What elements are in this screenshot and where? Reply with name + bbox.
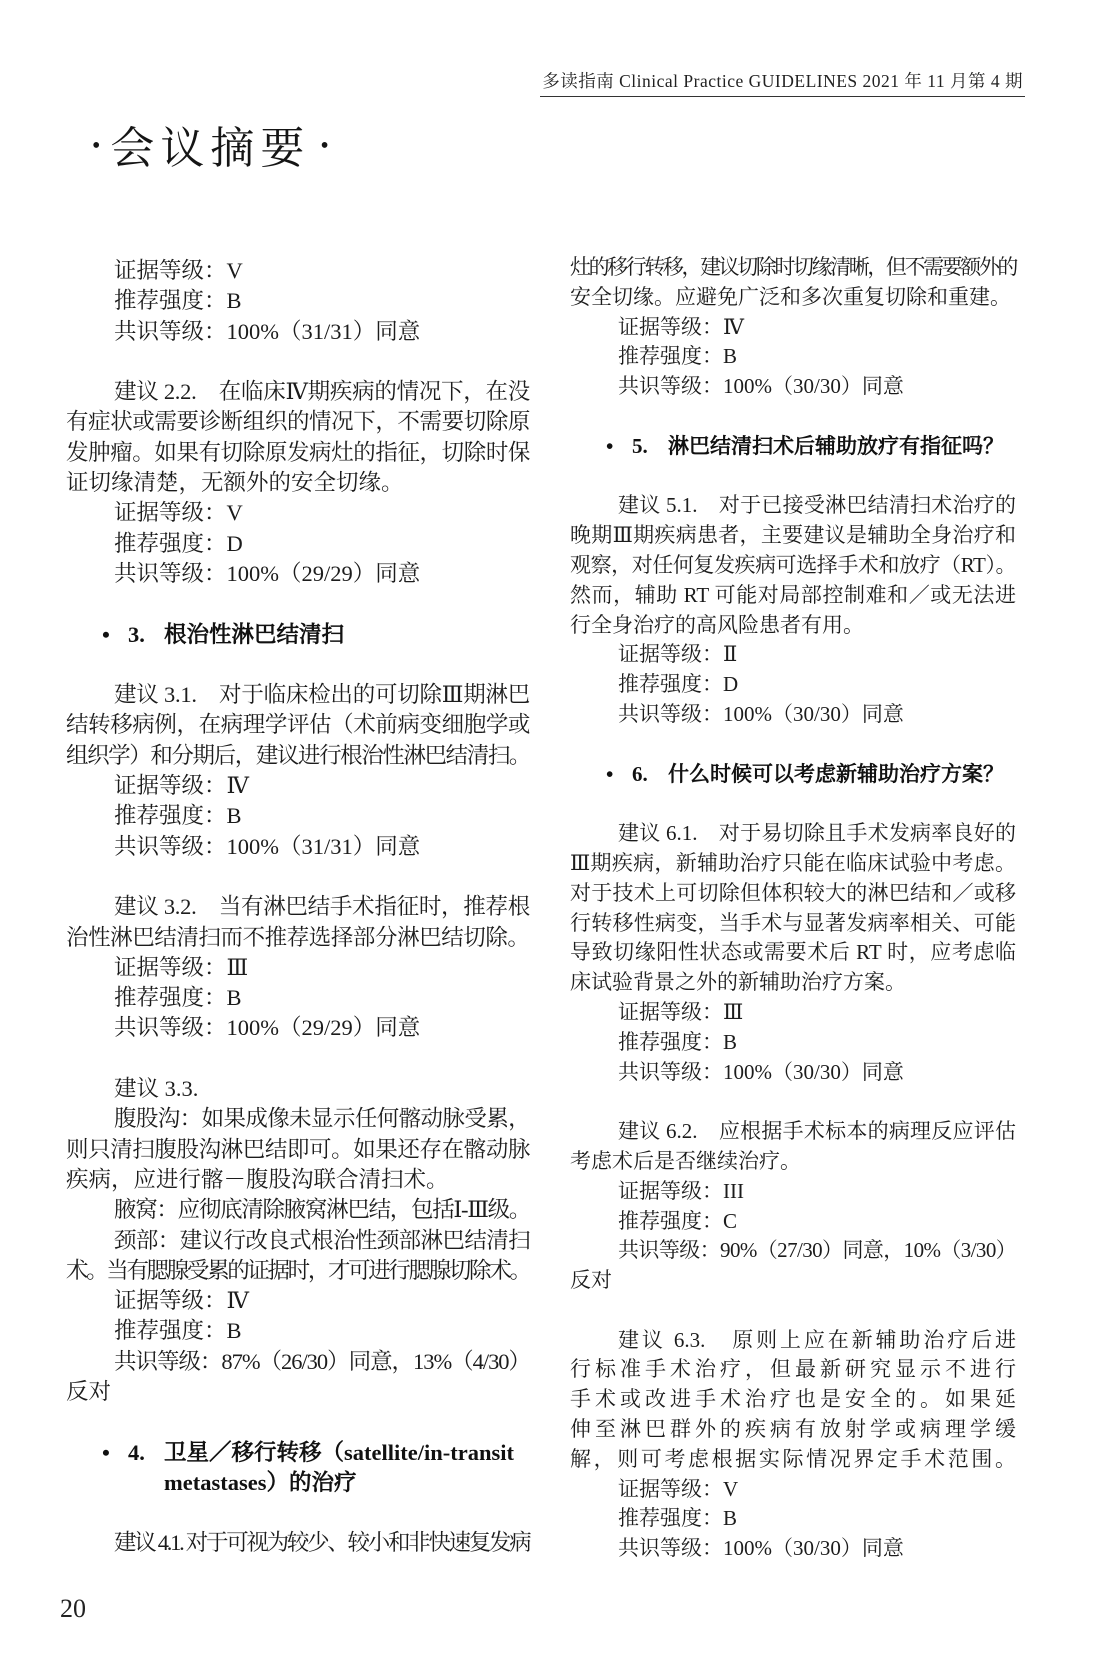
text-line: 晚期Ⅲ期疾病患者，主要建议是辅助全身治疗和: [570, 521, 1016, 551]
heading-bullet-icon: •: [606, 760, 632, 790]
section-heading: •4.卫星／移行转移（satellite/in-transit: [66, 1438, 530, 1468]
line-spacer: [570, 1087, 1016, 1117]
heading-bullet-icon: •: [102, 620, 128, 650]
heading-text: 根治性淋巴结清扫: [164, 622, 344, 647]
line-spacer: [66, 862, 530, 892]
text-line: 共识等级：100%（29/29）同意: [66, 1013, 530, 1043]
text-line: 解，则可考虑根据实际情况界定手术范围。: [570, 1445, 1016, 1475]
journal-header-line: 多读指南 Clinical Practice GUIDELINES 2021 年…: [540, 70, 1025, 97]
text-line: 推荐强度：B: [570, 342, 1016, 372]
text-column-right: 灶的移行转移，建议切除时切缘清晰，但不需要额外的安全切缘。应避免广泛和多次重复切…: [570, 253, 1016, 1564]
text-line: 伸至淋巴群外的疾病有放射学或病理学缓: [570, 1415, 1016, 1445]
text-line: 推荐强度：B: [66, 1316, 530, 1346]
text-line: 灶的移行转移，建议切除时切缘清晰，但不需要额外的: [570, 253, 1016, 283]
text-line: 共识等级：100%（30/30）同意: [570, 1058, 1016, 1088]
text-line: 证据等级：Ⅲ: [570, 998, 1016, 1028]
text-line: 共识等级：100%（30/30）同意: [570, 1534, 1016, 1564]
text-line: 安全切缘。应避免广泛和多次重复切除和重建。: [570, 283, 1016, 313]
text-line: 证据等级：V: [66, 256, 530, 286]
line-spacer: [570, 462, 1016, 492]
text-line: 建议 6.2. 应根据手术标本的病理反应评估: [570, 1117, 1016, 1147]
title-left-bullet-icon: •: [92, 133, 100, 160]
text-line: 证据等级：Ⅱ: [570, 640, 1016, 670]
text-line: 床试验背景之外的新辅助治疗方案。: [570, 968, 1016, 998]
text-line: 推荐强度：B: [66, 801, 530, 831]
text-line: 证据等级：Ⅳ: [66, 771, 530, 801]
text-line: 腹股沟：如果成像未显示任何髂动脉受累，: [66, 1104, 530, 1134]
text-line: 反对: [570, 1266, 1016, 1296]
text-line: 证据等级：Ⅲ: [66, 953, 530, 983]
text-line: 治性淋巴结清扫而不推荐选择部分淋巴结切除。: [66, 923, 530, 953]
text-line: 共识等级：100%（30/30）同意: [570, 700, 1016, 730]
text-line: 反对: [66, 1377, 530, 1407]
line-spacer: [66, 347, 530, 377]
line-spacer: [570, 1296, 1016, 1326]
text-line: 行标准手术治疗，但最新研究显示不进行: [570, 1355, 1016, 1385]
text-line: 建议 6.3. 原则上应在新辅助治疗后进: [570, 1326, 1016, 1356]
text-line: Ⅲ期疾病，新辅助治疗只能在临床试验中考虑。: [570, 849, 1016, 879]
line-spacer: [66, 589, 530, 619]
text-line: 推荐强度：D: [570, 670, 1016, 700]
journal-page: 多读指南 Clinical Practice GUIDELINES 2021 年…: [0, 0, 1103, 1654]
text-line: 共识等级：100%（29/29）同意: [66, 559, 530, 589]
text-line: 发肿瘤。如果有切除原发病灶的指征，切除时保: [66, 438, 530, 468]
page-title: • 会议摘要 •: [82, 112, 339, 176]
text-line: 建议 2.2. 在临床Ⅳ期疾病的情况下，在没: [66, 377, 530, 407]
text-line: 推荐强度：B: [66, 983, 530, 1013]
text-line: 推荐强度：D: [66, 529, 530, 559]
page-title-text: 会议摘要: [110, 112, 310, 176]
heading-text: 卫星／移行转移（satellite/in-transit: [164, 1440, 514, 1465]
text-line: 共识等级：100%（30/30）同意: [570, 372, 1016, 402]
text-line: 推荐强度：B: [570, 1504, 1016, 1534]
heading-bullet-icon: •: [606, 432, 632, 462]
line-spacer: [570, 402, 1016, 432]
text-line: 建议 3.3.: [66, 1074, 530, 1104]
text-column-left: 证据等级：V推荐强度：B共识等级：100%（31/31）同意建议 2.2. 在临…: [66, 256, 530, 1559]
text-line: 有症状或需要诊断组织的情况下，不需要切除原: [66, 407, 530, 437]
text-line: 证据等级：Ⅳ: [570, 313, 1016, 343]
text-line: 推荐强度：C: [570, 1207, 1016, 1237]
line-spacer: [66, 1407, 530, 1437]
heading-number: 6.: [632, 760, 668, 790]
text-line: 对于技术上可切除但体积较大的淋巴结和／或移: [570, 879, 1016, 909]
heading-text: 淋巴结清扫术后辅助放疗有指征吗？: [668, 434, 1004, 458]
text-line: 组织学）和分期后，建议进行根治性淋巴结清扫。: [66, 741, 530, 771]
section-heading: •6.什么时候可以考虑新辅助治疗方案？: [570, 760, 1016, 790]
text-line: 证据等级：V: [66, 498, 530, 528]
line-spacer: [66, 650, 530, 680]
text-line: 证切缘清楚，无额外的安全切缘。: [66, 468, 530, 498]
heading-number: 4.: [128, 1438, 164, 1468]
text-line: 证据等级：Ⅳ: [66, 1286, 530, 1316]
text-line: 观察，对任何复发疾病可选择手术和放疗（RT）。: [570, 551, 1016, 581]
section-heading-continuation: metastases）的治疗: [66, 1468, 530, 1498]
heading-bullet-icon: •: [102, 1438, 128, 1468]
text-line: 证据等级：III: [570, 1177, 1016, 1207]
text-line: 行全身治疗的高风险患者有用。: [570, 611, 1016, 641]
text-line: 术。当有腮腺受累的证据时，才可进行腮腺切除术。: [66, 1256, 530, 1286]
text-line: 建议 5.1. 对于已接受淋巴结清扫术治疗的: [570, 491, 1016, 521]
heading-number: 3.: [128, 620, 164, 650]
line-spacer: [570, 789, 1016, 819]
line-spacer: [66, 1044, 530, 1074]
text-line: 证据等级：V: [570, 1475, 1016, 1505]
section-heading: •3.根治性淋巴结清扫: [66, 620, 530, 650]
text-line: 推荐强度：B: [570, 1028, 1016, 1058]
text-line: 共识等级：90%（27/30）同意，10%（3/30）: [570, 1236, 1016, 1266]
text-line: 颈部：建议行改良式根治性颈部淋巴结清扫: [66, 1226, 530, 1256]
text-line: 考虑术后是否继续治疗。: [570, 1147, 1016, 1177]
line-spacer: [66, 1498, 530, 1528]
text-line: 共识等级：100%（31/31）同意: [66, 317, 530, 347]
title-right-bullet-icon: •: [320, 133, 328, 160]
text-line: 共识等级：100%（31/31）同意: [66, 832, 530, 862]
text-line: 导致切缘阳性状态或需要术后 RT 时，应考虑临: [570, 938, 1016, 968]
text-line: 腋窝：应彻底清除腋窝淋巴结，包括Ⅰ-Ⅲ级。: [66, 1195, 530, 1225]
text-line: 建议 4.1. 对于可视为较少、较小和非快速复发病: [66, 1528, 530, 1558]
text-line: 然而，辅助 RT 可能对局部控制难和／或无法进: [570, 581, 1016, 611]
text-line: 则只清扫腹股沟淋巴结即可。如果还存在髂动脉: [66, 1135, 530, 1165]
text-line: 共识等级：87%（26/30）同意，13%（4/30）: [66, 1347, 530, 1377]
text-line: 结转移病例，在病理学评估（术前病变细胞学或: [66, 710, 530, 740]
text-line: 疾病，应进行髂－腹股沟联合清扫术。: [66, 1165, 530, 1195]
page-number: 20: [60, 1594, 86, 1624]
heading-text: 什么时候可以考虑新辅助治疗方案？: [668, 762, 1004, 786]
text-line: 建议 3.2. 当有淋巴结手术指征时，推荐根: [66, 892, 530, 922]
text-line: 建议 6.1. 对于易切除且手术发病率良好的: [570, 819, 1016, 849]
heading-number: 5.: [632, 432, 668, 462]
text-line: 推荐强度：B: [66, 286, 530, 316]
section-heading: •5.淋巴结清扫术后辅助放疗有指征吗？: [570, 432, 1016, 462]
text-line: 行转移性病变，当手术与显著发病率相关、可能: [570, 909, 1016, 939]
text-line: 手术或改进手术治疗也是安全的。如果延: [570, 1385, 1016, 1415]
line-spacer: [570, 730, 1016, 760]
text-line: 建议 3.1. 对于临床检出的可切除Ⅲ期淋巴: [66, 680, 530, 710]
